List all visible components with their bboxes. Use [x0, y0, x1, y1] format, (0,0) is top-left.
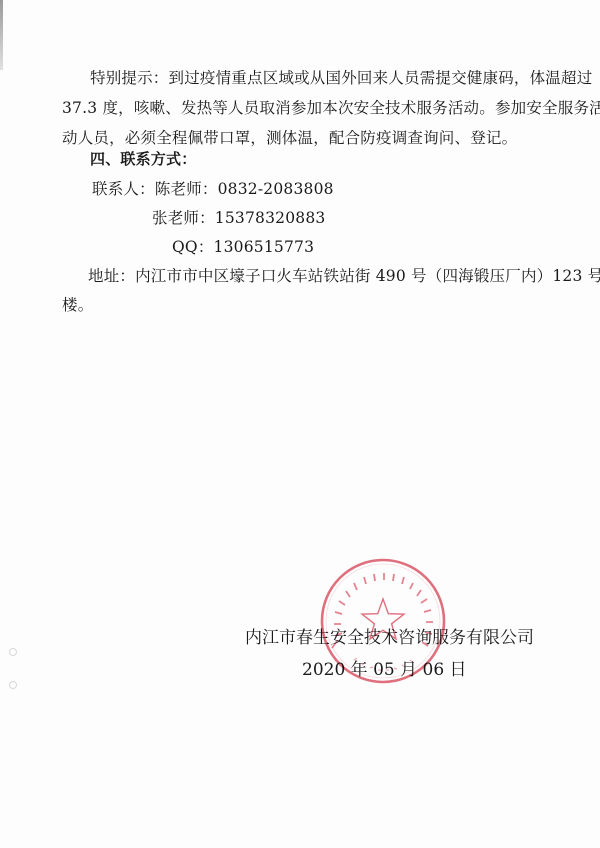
notice-line-1: 特别提示：到过疫情重点区域或从国外回来人员需提交健康码，体温超过 [90, 68, 592, 88]
address-line-2: 楼。 [62, 295, 93, 315]
contact-person-chen: 联系人：陈老师：0832-2083808 [92, 179, 334, 199]
contact-heading: 四、联系方式： [90, 149, 196, 169]
notice-line-2: 37.3 度，咳嗽、发热等人员取消参加本次安全技术服务活动。参加安全服务活 [62, 98, 600, 118]
address-line-1: 地址：内江市市中区壕子口火车站铁站街 490 号（四海锻压厂内）123 号 [88, 266, 600, 286]
scan-edge-shadow [0, 0, 3, 70]
contact-person-zhang: 张老师：15378320883 [152, 208, 325, 228]
contact-qq: QQ：1306515773 [172, 237, 314, 257]
binding-hole-mark [9, 681, 17, 689]
notice-line-3: 动人员，必须全程佩带口罩，测体温，配合防疫调查询问、登记。 [62, 128, 517, 148]
binding-hole-mark [9, 648, 17, 656]
company-seal-icon [318, 556, 448, 686]
document-page: 特别提示：到过疫情重点区域或从国外回来人员需提交健康码，体温超过 37.3 度，… [0, 0, 600, 848]
